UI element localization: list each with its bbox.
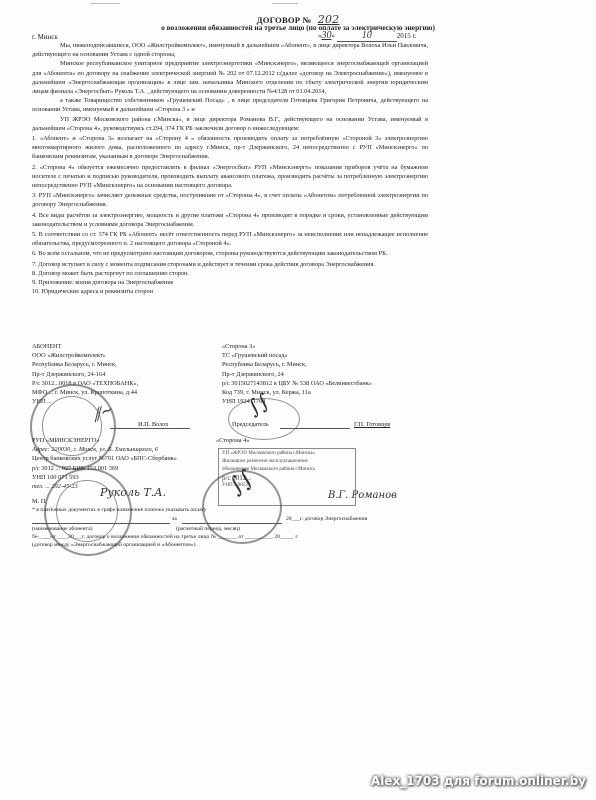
contract-body: Мы, нижеподписавшиеся, ООО «Жилстройкомп… [32,41,428,296]
scan-mark [90,3,120,4]
party-heading: АБОНЕНТ [32,342,138,351]
footnote-za: за [172,515,177,523]
clause-9: 9. Приложение: копия договора на Энергос… [32,278,428,287]
footnote-line1: 20___г. договор Энергоснабжения [286,515,367,523]
party-storona-4: «Сторона 4» [216,436,249,445]
clause-7: 7. Договор вступает в силу с момента под… [32,260,428,269]
stamp-line: Жилищное ремонтно-эксплуатационное [222,458,352,466]
party-line: р/с 3015027143812 в ЦБУ № 538 ОАО «Белин… [222,379,372,388]
signatory-label: Председатель [232,420,269,429]
party-heading: РУП «МИНСКЭНЕРГО» [32,436,177,445]
party-line: Адрес: 220030, г. Минск, ул. Б. Хмельниц… [32,445,177,454]
forum-watermark: Alex_1703 для forum.onliner.by [371,774,586,788]
storona4-signature: В.Г. Романов [328,490,397,501]
party-heading: «Сторона 3» [222,342,372,351]
party-line: Республика Беларусь, г. Минск, [222,360,372,369]
date-quote: » [332,32,336,40]
footnote-note: * в платёжных документах в графе назначе… [32,506,207,514]
signatory-name: Г.П. Готовцев [354,420,390,429]
party-line: Пр-т Дзержинского, 24 [222,370,372,379]
blank-line-period [182,523,282,524]
clause-2: 2. «Сторона 4» обязуется ежемесячно пред… [32,163,428,191]
party-line: ООО «Жилстройкомплект» [32,351,138,360]
clause-4: 4. Все виды расчётов за электроэнергию, … [32,211,428,229]
party-line: Пр-т Дзержинского, 24-164 [32,370,138,379]
party-heading: «Сторона 4» [216,436,249,445]
party-line: Республика Беларусь, г. Минск, [32,360,138,369]
preamble-paragraph: а также Товарищество собственников «Груш… [32,96,428,114]
footnote-label-abonent: (наименование абонента) [32,525,93,533]
minskenergo-signature: Руколь Т.А. [100,486,166,499]
clause-3: 3. РУП «Минскэнерго» зачисляет денежные … [32,191,428,209]
abonent-signatory: И.П. Волох [138,420,168,429]
scanned-contract-page: ДОГОВОР № 202 о возложении обязанностей … [0,0,596,800]
date-year: 2015 г. [397,32,417,40]
clause-6: 6. Во всём остальном, что не предусмотре… [32,249,428,258]
contract-subtitle: о возложении обязанностей на третье лицо… [0,23,596,32]
clause-8: 8. Договор может быть расторгнут по согл… [32,269,428,278]
preamble-paragraph: УП ЖРЭО Московского района г.Минска», в … [32,115,428,133]
clause-10: 10. Юридические адреса и реквизиты сторо… [32,287,428,296]
clause-1: 1. «Абонент» и «Сторона 3» возлагает на … [32,134,428,162]
signature-line [280,428,350,429]
footnote-line3: (договор между «Энергоснабжающей организ… [32,541,197,549]
contract-city: г. Минск [32,33,58,41]
stamp-line: УП «ЖРЭО Московского района г.Минска» [222,450,352,458]
party-line: Центр банковских услуг №701 ОАО «БПС-Сбе… [32,454,177,463]
party-line: ТС «Грушевский посад» [222,351,372,360]
blank-line-abonent [32,523,170,524]
footnote-line2: №-____от ____20___г. договор о возложени… [32,533,298,541]
footnote-label-period: (расчетный период, месяц) [176,525,240,533]
preamble-paragraph: Минское республиканское унитарное предпр… [32,59,428,96]
storona3-signatory-label: Председатель [232,420,269,429]
scan-mark [272,3,298,4]
preamble-paragraph: Мы, нижеподписавшиеся, ООО «Жилстройкомп… [32,41,428,59]
signatory-name: И.П. Волох [138,420,168,429]
party-line: Код 739, г. Минск, ул. Кержа, 11а [222,388,372,397]
clause-5: 5. В соответствии со ст. 374 ГК РБ «Абон… [32,230,428,248]
date-day-handwritten: 30 [322,30,332,41]
storona3-signatory: Г.П. Готовцев [354,420,390,429]
